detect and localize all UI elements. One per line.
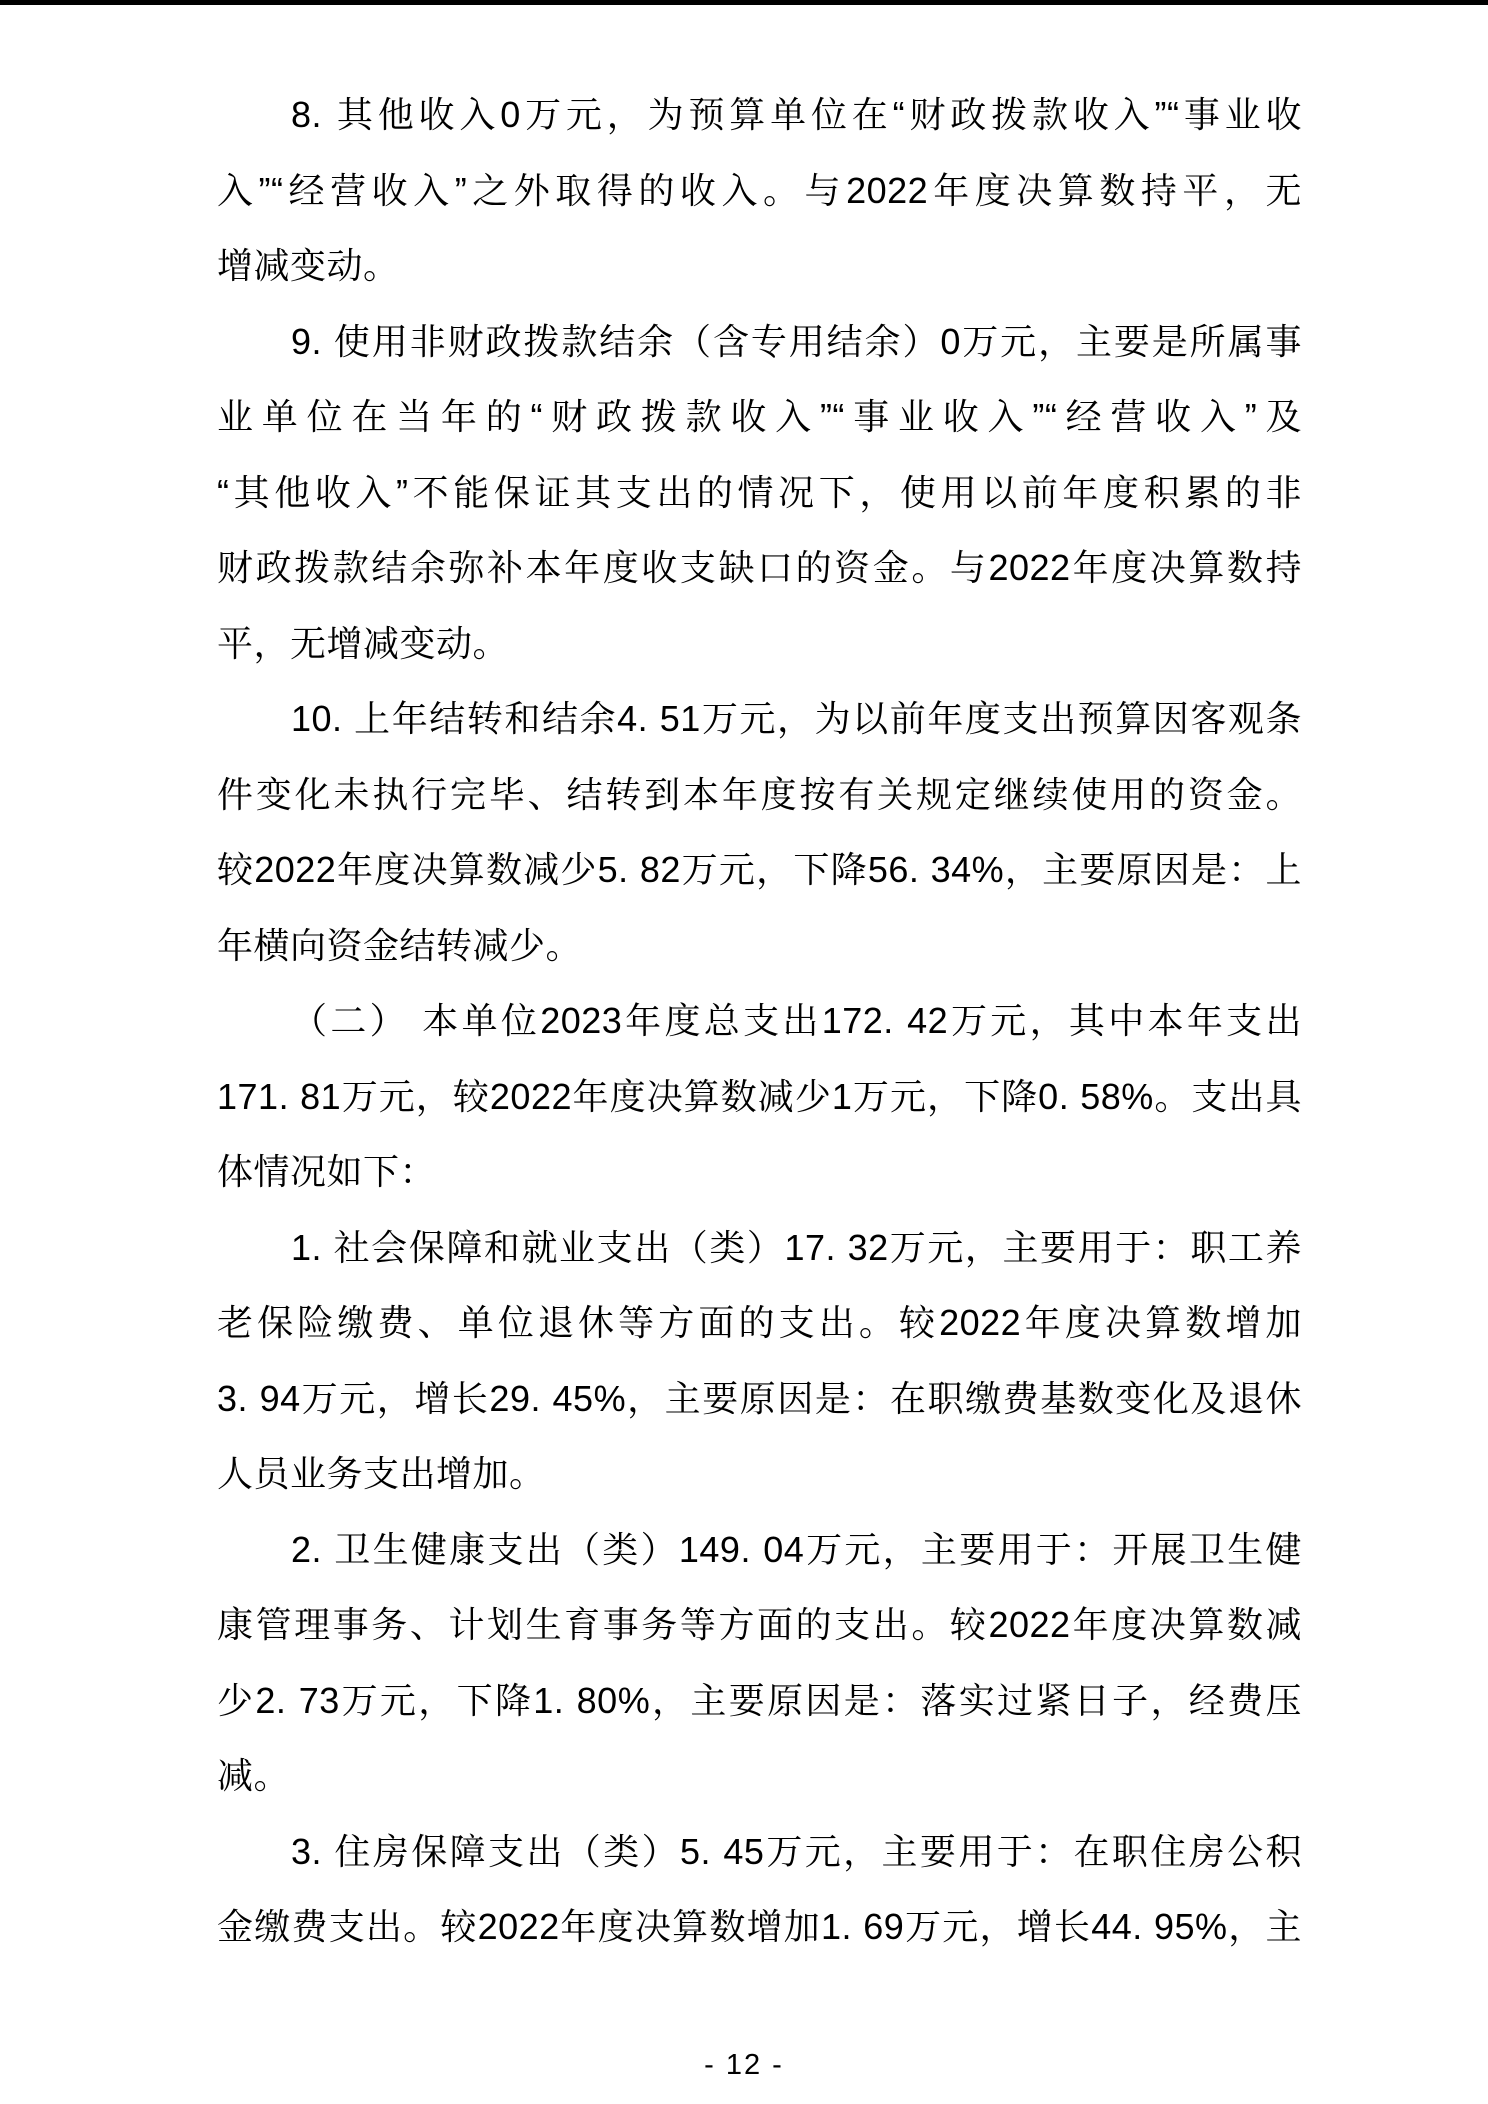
paragraph: 1. 社会保障和就业支出（类）17. 32万元，主要用于：职工养老保险缴费、单位… bbox=[217, 1210, 1302, 1512]
text-line: 人员业务支出增加。 bbox=[217, 1436, 1302, 1512]
paragraph: 10. 上年结转和结余4. 51万元，为以前年度支出预算因客观条件变化未执行完毕… bbox=[217, 681, 1302, 983]
paragraph: 2. 卫生健康支出（类）149. 04万元，主要用于：开展卫生健康管理事务、计划… bbox=[217, 1512, 1302, 1814]
text-line: 年横向资金结转减少。 bbox=[217, 908, 1302, 984]
text-line: 3. 94万元，增长29. 45%，主要原因是：在职缴费基数变化及退休 bbox=[217, 1361, 1302, 1437]
text-line: 8. 其他收入0万元，为预算单位在“财政拨款收入”“事业收 bbox=[217, 77, 1302, 153]
paragraph: 9. 使用非财政拨款结余（含专用结余）0万元，主要是所属事业单位在当年的“财政拨… bbox=[217, 304, 1302, 682]
text-line: 2. 卫生健康支出（类）149. 04万元，主要用于：开展卫生健 bbox=[217, 1512, 1302, 1588]
text-line: 平，无增减变动。 bbox=[217, 606, 1302, 682]
text-line: 10. 上年结转和结余4. 51万元，为以前年度支出预算因客观条 bbox=[217, 681, 1302, 757]
text-line: 财政拨款结余弥补本年度收支缺口的资金。与2022年度决算数持 bbox=[217, 530, 1302, 606]
text-line: 业单位在当年的“财政拨款收入”“事业收入”“经营收入”及 bbox=[217, 379, 1302, 455]
text-line: 9. 使用非财政拨款结余（含专用结余）0万元，主要是所属事 bbox=[217, 304, 1302, 380]
page-footer: - 12 - bbox=[0, 2040, 1488, 2090]
paragraph: （二） 本单位2023年度总支出172. 42万元，其中本年支出171. 81万… bbox=[217, 983, 1302, 1210]
document-body: 8. 其他收入0万元，为预算单位在“财政拨款收入”“事业收入”“经营收入”之外取… bbox=[217, 77, 1302, 1965]
text-line: 体情况如下： bbox=[217, 1134, 1302, 1210]
paragraph: 3. 住房保障支出（类）5. 45万元，主要用于：在职住房公积金缴费支出。较20… bbox=[217, 1814, 1302, 1965]
text-line: 少2. 73万元，下降1. 80%，主要原因是：落实过紧日子，经费压 bbox=[217, 1663, 1302, 1739]
text-line: 减。 bbox=[217, 1738, 1302, 1814]
text-line: “其他收入”不能保证其支出的情况下，使用以前年度积累的非 bbox=[217, 455, 1302, 531]
text-line: 金缴费支出。较2022年度决算数增加1. 69万元，增长44. 95%，主 bbox=[217, 1889, 1302, 1965]
text-line: 康管理事务、计划生育事务等方面的支出。较2022年度决算数减 bbox=[217, 1587, 1302, 1663]
text-line: 171. 81万元，较2022年度决算数减少1万元，下降0. 58%。支出具 bbox=[217, 1059, 1302, 1135]
text-line: 较2022年度决算数减少5. 82万元，下降56. 34%，主要原因是：上 bbox=[217, 832, 1302, 908]
text-line: 老保险缴费、单位退休等方面的支出。较2022年度决算数增加 bbox=[217, 1285, 1302, 1361]
paragraph: 8. 其他收入0万元，为预算单位在“财政拨款收入”“事业收入”“经营收入”之外取… bbox=[217, 77, 1302, 304]
text-line: 件变化未执行完毕、结转到本年度按有关规定继续使用的资金。 bbox=[217, 757, 1302, 833]
text-line: 增减变动。 bbox=[217, 228, 1302, 304]
text-line: 1. 社会保障和就业支出（类）17. 32万元，主要用于：职工养 bbox=[217, 1210, 1302, 1286]
text-line: 3. 住房保障支出（类）5. 45万元，主要用于：在职住房公积 bbox=[217, 1814, 1302, 1890]
scan-edge-bar bbox=[0, 0, 1488, 5]
page-number: - 12 - bbox=[704, 2049, 784, 2081]
text-line: 入”“经营收入”之外取得的收入。与2022年度决算数持平，无 bbox=[217, 153, 1302, 229]
text-line: （二） 本单位2023年度总支出172. 42万元，其中本年支出 bbox=[217, 983, 1302, 1059]
document-page: 8. 其他收入0万元，为预算单位在“财政拨款收入”“事业收入”“经营收入”之外取… bbox=[0, 0, 1488, 2104]
